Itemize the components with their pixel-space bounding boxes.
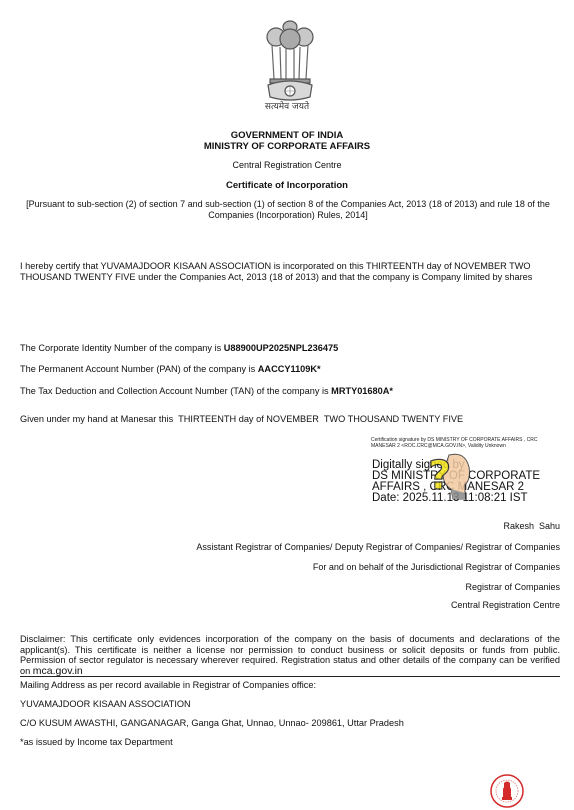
mailing-address-label: Mailing Address as per record available … xyxy=(20,680,560,691)
given-under-hand: Given under my hand at Manesar this THIR… xyxy=(20,414,560,425)
tan-label: The Tax Deduction and Collection Account… xyxy=(20,386,331,396)
ministry-title: MINISTRY OF CORPORATE AFFAIRS xyxy=(0,141,574,152)
mailing-company-name: YUVAMAJDOOR KISAAN ASSOCIATION xyxy=(20,699,560,710)
mca-seal-icon xyxy=(489,773,525,809)
cin-line: The Corporate Identity Number of the com… xyxy=(20,343,560,354)
national-motto: सत्यमेव जयते xyxy=(0,99,574,112)
tan-value: MRTY01680A* xyxy=(331,386,393,396)
pan-value: AACCY1109K* xyxy=(258,364,321,374)
svg-text:?: ? xyxy=(428,453,451,499)
divider xyxy=(20,676,560,677)
disclaimer: Disclaimer: This certificate only eviden… xyxy=(20,634,560,676)
cin-label: The Corporate Identity Number of the com… xyxy=(20,343,224,353)
signatory-office: Registrar of Companies xyxy=(465,582,560,592)
cin-value: U88900UP2025NPL236475 xyxy=(224,343,338,353)
mailing-address: C/O KUSUM AWASTHI, GANGANAGAR, Ganga Gha… xyxy=(20,718,560,729)
disclaimer-text: Disclaimer: This certificate only eviden… xyxy=(20,634,560,676)
signatory-designation: Assistant Registrar of Companies/ Deputy… xyxy=(196,542,560,552)
signatory-name: Rakesh Sahu xyxy=(503,521,560,531)
signature-validity-unknown-icon[interactable]: ? xyxy=(425,445,475,503)
signatory-centre: Central Registration Centre xyxy=(451,600,560,610)
pursuant-clause: [Pursuant to sub-section (2) of section … xyxy=(18,199,558,221)
tan-line: The Tax Deduction and Collection Account… xyxy=(20,386,560,397)
registration-centre: Central Registration Centre xyxy=(0,160,574,170)
certificate-title: Certificate of Incorporation xyxy=(0,180,574,191)
certification-statement: I hereby certify that YUVAMAJDOOR KISAAN… xyxy=(20,261,560,283)
pan-tan-footnote: *as issued by Income tax Department xyxy=(20,737,560,748)
pan-line: The Permanent Account Number (PAN) of th… xyxy=(20,364,560,375)
mca-link[interactable]: mca.gov.in xyxy=(33,665,83,677)
pan-label: The Permanent Account Number (PAN) of th… xyxy=(20,364,258,374)
signatory-behalf: For and on behalf of the Jurisdictional … xyxy=(313,562,560,572)
government-heading: GOVERNMENT OF INDIA MINISTRY OF CORPORAT… xyxy=(0,130,574,152)
government-title: GOVERNMENT OF INDIA xyxy=(0,130,574,141)
